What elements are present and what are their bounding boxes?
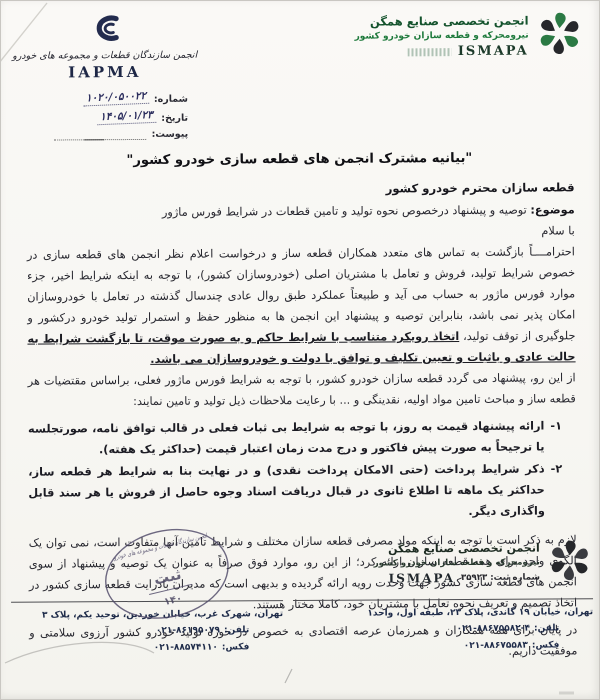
letterhead: انجمن تخصصی صنایع همگن نیرومحرکه و قطعه … <box>0 0 598 146</box>
letter-attachment-label: پیوست: <box>152 129 189 140</box>
ismapa-footer-logo-icon <box>547 537 593 583</box>
footer-ismapa-registration: شماره ثبت: ۳۵۹۲۳ <box>461 572 540 582</box>
footer-ismapa-line1: انجمن تخصصی صنایع همگن <box>374 541 540 555</box>
ismapa-letterhead: انجمن تخصصی صنایع همگن نیرومحرکه و قطعه … <box>354 9 583 59</box>
subject-label: موضوع: <box>530 203 574 216</box>
salutation: قطعه سازان محترم خودرو کشور <box>26 177 574 201</box>
iapma-letterhead: انجمن سازندگان قطعات و مجموعه های خودرو … <box>9 12 200 146</box>
footer-iapma-fax: ۰۲۱-۸۸۵۷۴۱۱۰ <box>154 639 218 656</box>
footer-ismapa: انجمن تخصصی صنایع همگن نیرومحرکه و قطعه … <box>293 537 594 655</box>
footer-ismapa-phone: ۰۲۱-۸۸۶۷۵۵۸۲-۴ <box>457 621 530 638</box>
list-item-2-number: ۲- <box>551 458 563 521</box>
letter-date-value: ۱۴۰۵/۰۱/۲۳ <box>97 109 156 125</box>
scanned-letter: انجمن تخصصی صنایع همگن نیرومحرکه و قطعه … <box>0 0 600 700</box>
list-item-2: ۲- ذکر شرایط پرداخت (حتی الامکان پرداخت … <box>28 458 562 524</box>
letter-number-value: ۱۰۲۰/۰۵۰۰۲۲ <box>82 90 149 107</box>
letter-footer: انجمن تخصصی صنایع همگن نیرومحرکه و قطعه … <box>11 537 594 657</box>
footer-iapma-fax-label: فکس: <box>222 639 250 656</box>
list-item-2-text: ذکر شرایط پرداخت (حتی الامکان پرداخت نقد… <box>28 459 545 525</box>
ismapa-org-line1: انجمن تخصصی صنایع همگن <box>354 14 528 29</box>
paragraph-1-text: احترامــــاً بازگشت به تماس های متعدد هم… <box>27 245 576 343</box>
iapma-logo-icon <box>81 12 127 44</box>
ismapa-logo-icon <box>535 9 583 57</box>
letter-title: "بیانیه مشترک انجمن های قطعه سازی خودرو … <box>0 150 598 169</box>
iapma-abbr: IAPMA <box>10 63 200 82</box>
letter-meta: شماره: ۱۰۲۰/۰۵۰۰۲۲ تاریخ: ۱۴۰۵/۰۱/۲۳ پیو… <box>28 91 188 141</box>
paragraph-1: احترامــــاً بازگشت به تماس های متعدد هم… <box>27 241 576 370</box>
footer-iapma-phone: ۰۲۱-۸۶۱۹۵۰۷۹ <box>156 622 220 639</box>
footer-ismapa-fax: ۰۲۱-۸۸۶۷۵۵۸۳ <box>464 637 528 654</box>
stamp-center-text: ثبت <box>152 564 183 588</box>
list-item-1-number: ۱- <box>550 415 562 457</box>
ismapa-fine-print-scribble <box>408 48 452 56</box>
ismapa-org-line2: نیرومحرکه و قطعه سازان خودرو کشور <box>355 31 529 42</box>
footer-divider-right <box>293 598 593 601</box>
footer-ismapa-line2: نیرومحرکه و قطعه سازان خودرو کشور <box>374 557 540 568</box>
footer-ismapa-abbr: ISMAPA <box>389 571 455 585</box>
list-item-1-text: ارائه پیشنهاد قیمت به روز، با توجه به شر… <box>28 416 545 461</box>
letter-number-label: شماره: <box>154 94 188 105</box>
footer-ismapa-phone-label: تلفن: <box>534 620 559 637</box>
subject-text: توصیه و پیشنهاد درخصوص نحوه تولید و تامی… <box>162 204 531 219</box>
iapma-org-name: انجمن سازندگان قطعات و مجموعه های خودرو <box>10 50 200 62</box>
footer-ismapa-fax-label: فکس: <box>532 637 560 654</box>
subject-line: موضوع: توصیه و پیشنهاد درخصوص نحوه تولید… <box>27 199 575 223</box>
stamp-number: ۱۴۰ <box>163 593 183 608</box>
footer-iapma: انجمن سازندگان قطعات و مجموعه های خودرو … <box>11 539 284 657</box>
ismapa-abbr: ISMAPA <box>458 44 529 59</box>
footer-ismapa-address: تهران، خیابان ۱۹ گاندی، پلاک ۲۳، طبقه او… <box>293 604 593 622</box>
list-item-1: ۱- ارائه پیشنهاد قیمت به روز، با توجه به… <box>28 415 562 460</box>
attachment-blank-line <box>55 130 147 141</box>
paragraph-2: از این رو، پیشنهاد می گردد قطعه سازان خو… <box>28 367 576 412</box>
footer-iapma-phone-label: تلفن: <box>224 622 249 639</box>
letter-date-label: تاریخ: <box>161 113 188 124</box>
